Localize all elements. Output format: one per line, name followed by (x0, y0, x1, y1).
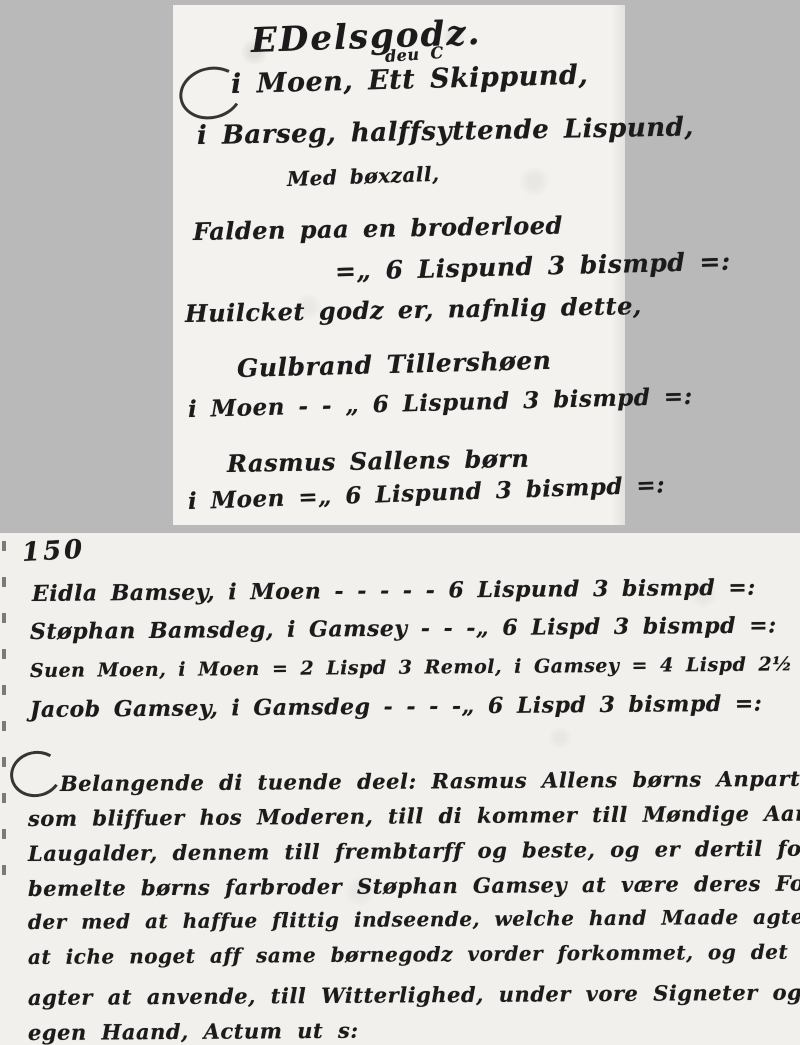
manuscript-page-top: EDelsgodz. deu C i Moen, Ett Skippund, i… (173, 5, 625, 525)
paragraph-line: bemelte børns farbroder Støphan Gamsey a… (28, 870, 800, 901)
manuscript-amount-line: i Moen - - „ 6 Lispund 3 bismpd =: (188, 383, 693, 423)
binding-edge-marks (2, 541, 6, 881)
manuscript-scan: EDelsgodz. deu C i Moen, Ett Skippund, i… (0, 0, 800, 1045)
manuscript-name-line: Rasmus Sallens børn (227, 444, 530, 478)
manuscript-page-bottom: 150 Eidla Bamsey, i Moen - - - - - 6 Lis… (0, 533, 800, 1045)
page-number: 150 (21, 535, 86, 568)
register-entry: Suen Moen, i Moen = 2 Lispd 3 Remol, i G… (30, 652, 800, 682)
document-title: EDelsgodz. (250, 13, 482, 61)
paragraph-line: egen Haand, Actum ut s: (28, 1018, 359, 1045)
register-entry: Støphan Bamsdeg, i Gamsey - - -„ 6 Lispd… (30, 612, 777, 645)
manuscript-line: i Moen, Ett Skippund, (231, 60, 589, 100)
manuscript-amount-line: =„ 6 Lispund 3 bismpd =: (335, 247, 731, 286)
register-entry: Eidla Bamsey, i Moen - - - - - 6 Lispund… (32, 575, 756, 607)
manuscript-line: Falden paa en broderloed (193, 211, 563, 246)
paragraph-line: Laugalder, dennem till frembtarff og bes… (28, 835, 800, 866)
manuscript-line: i Barseg, halffsyttende Lispund, (197, 112, 694, 151)
interline-insertion: deu C (384, 43, 444, 66)
register-entry: Jacob Gamsey, i Gamsdeg - - - -„ 6 Lispd… (30, 691, 763, 723)
manuscript-name-line: Gulbrand Tillershøen (237, 346, 552, 383)
paragraph-line: agter at anvende, till Witterlighed, und… (28, 980, 800, 1010)
paragraph-line: at iche noget aff same børnegodz vorder … (28, 939, 800, 969)
paragraph-line: der med at haffue flittig indseende, wel… (28, 904, 800, 934)
paragraph-line: som bliffuer hos Moderen, till di kommer… (28, 800, 800, 831)
paragraph-line: Belangende di tuende deel: Rasmus Allens… (60, 766, 800, 796)
manuscript-line: Med bøxzall, (287, 162, 440, 191)
manuscript-amount-line: i Moen =„ 6 Lispund 3 bismpd =: (188, 471, 666, 515)
initial-flourish-icon (6, 746, 66, 802)
manuscript-line: Huilcket godz er, nafnlig dette, (185, 291, 642, 328)
